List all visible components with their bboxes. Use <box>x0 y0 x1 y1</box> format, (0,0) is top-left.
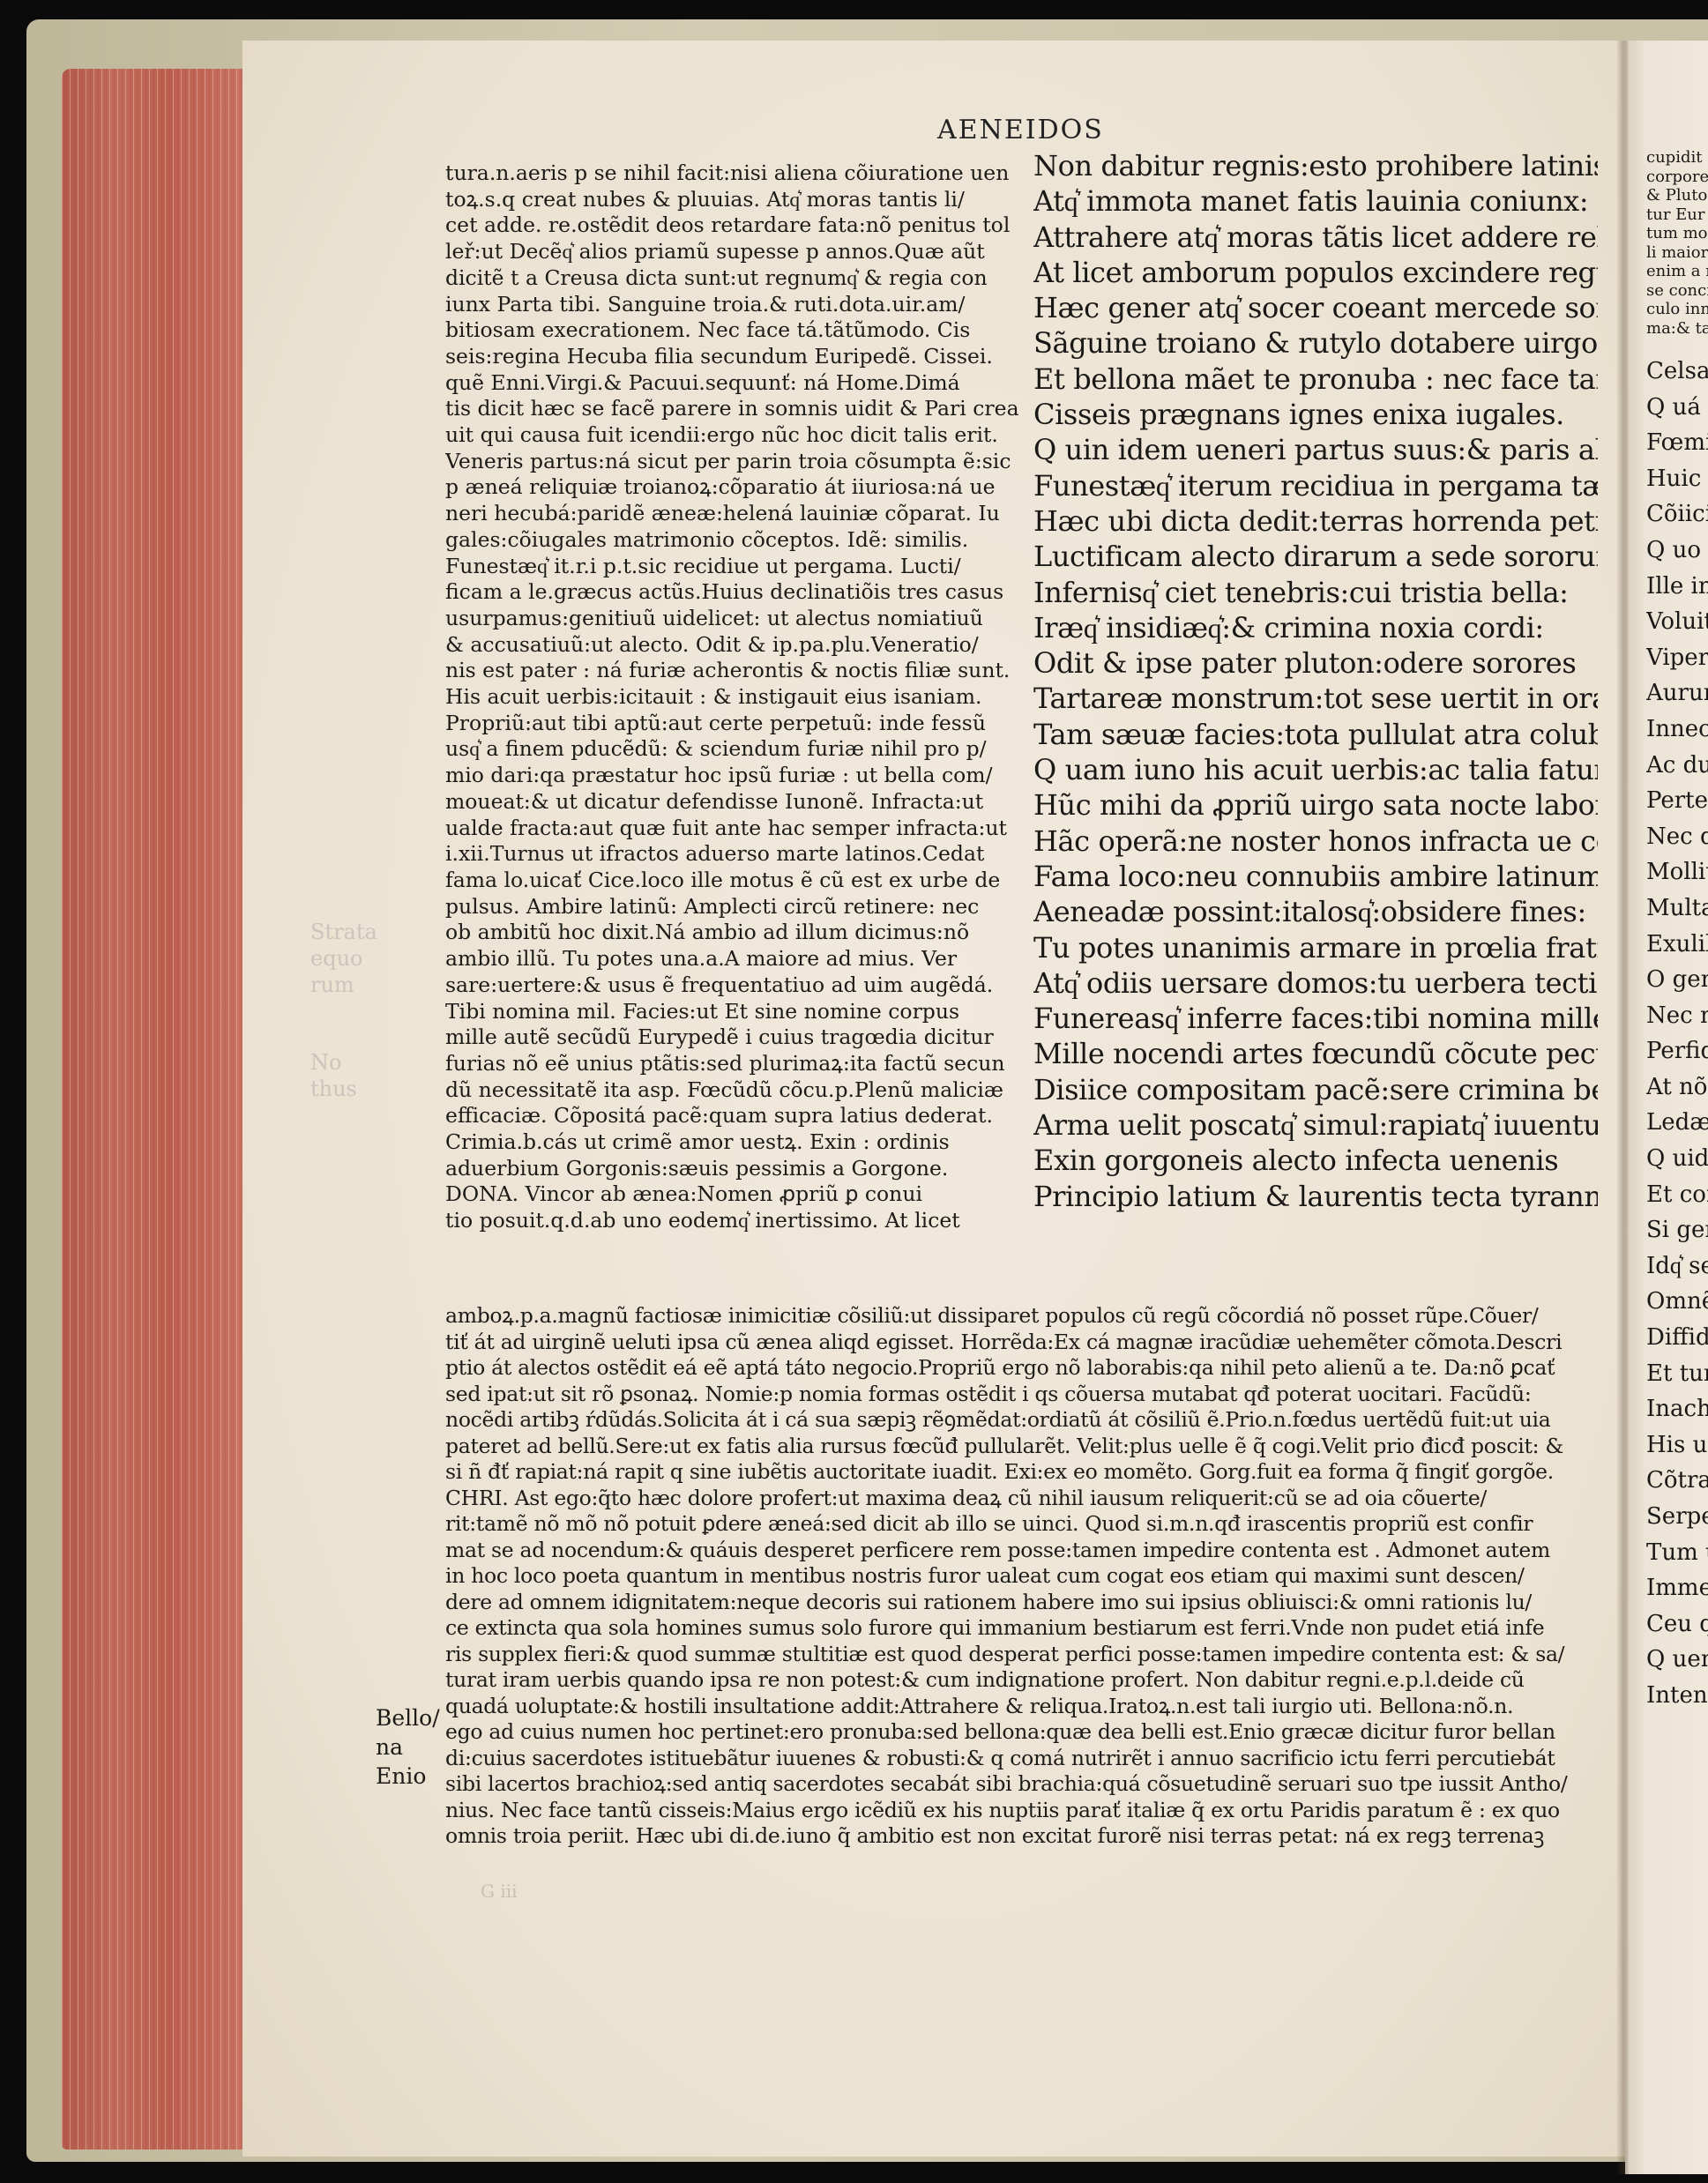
commentary-line: cet adde. re.ostẽdit deos retardare fata… <box>445 212 1027 239</box>
verse-line: Tam sæuæ facies:tota pullulat atra colub… <box>1033 717 1598 752</box>
verse-line: Q uam iuno his acuit uerbis:ac talia fat… <box>1033 752 1598 787</box>
facing-verse-line: Omnẽ e <box>1646 1284 1708 1320</box>
commentary-line: nius. Nec face tantũ cisseis:Maius ergo … <box>445 1798 1587 1824</box>
commentary-line: ob ambitũ hoc dixit.Ná ambio ad illum di… <box>445 920 1027 946</box>
commentary-line: moueat:& ut dicatur defendisse Iunonẽ. I… <box>445 789 1027 816</box>
verse-line: Hãc operã:ne noster honos infracta ue ce… <box>1033 823 1598 859</box>
facing-commentary-line: ma:& ta <box>1646 319 1708 339</box>
facing-verse-line: Nec ma <box>1646 998 1708 1034</box>
commentary-line: pulsus. Ambire latinũ: Amplecti circũ re… <box>445 894 1027 920</box>
facing-verse-line: Vipere <box>1646 640 1708 676</box>
commentary-line: si ñ đť rapiat:ná rapit q sine iubẽtis a… <box>445 1459 1587 1486</box>
verse-line: Iræq͛ insidiæq͛:& crimina noxia cordi: <box>1033 610 1598 645</box>
commentary-line: Veneris partus:ná sicut per parin troia … <box>445 449 1027 475</box>
facing-commentary-line: tum mo <box>1646 224 1708 243</box>
commentary-line: tio posuit.q.d.ab uno eodemq͛ inertissim… <box>445 1208 1027 1234</box>
facing-verse-line: Celsa p <box>1646 354 1708 390</box>
commentary-line: His acuit uerbis:icitauit : & instigauit… <box>445 684 1027 711</box>
commentary-line: in hoc loco poeta quantum in mentibus no… <box>445 1563 1587 1590</box>
commentary-line: usq͛ a finem pducẽdũ: & sciendum furiæ n… <box>445 736 1027 763</box>
commentary-line: nis est pater : ná furiæ acherontis & no… <box>445 658 1027 684</box>
facing-verse-line: Q uid t <box>1646 1141 1708 1177</box>
commentary-line: Propriũ:aut tibi aptũ:aut certe perpetuũ… <box>445 711 1027 737</box>
facing-verse: Celsa pQ uá fFœminHuic dCõiicitQ uo fIll… <box>1646 354 1708 1714</box>
facing-verse-line: Si gener <box>1646 1212 1708 1248</box>
verse-line: Tu potes unanimis armare in prœlia fratr… <box>1033 930 1598 965</box>
facing-verse-line: Et turno <box>1646 1356 1708 1392</box>
facing-commentary: cupiditcorpore& Plutotur Eurtum moli mai… <box>1646 148 1708 338</box>
facing-verse-line: Multa <box>1646 890 1708 927</box>
commentary-line: sibi lacertos brachioꝝ:sed antiq sacerdo… <box>445 1771 1587 1798</box>
facing-verse-line: Fœmin <box>1646 425 1708 461</box>
facing-verse-line: Cõiicit <box>1646 496 1708 533</box>
commentary-line: pateret ad bellũ.Sere:ut ex fatis alia r… <box>445 1434 1587 1460</box>
commentary-line: ficam a le.græcus actũs.Huius declinatiõ… <box>445 579 1027 606</box>
commentary-line: ualde fracta:aut quæ fuit ante hac sempe… <box>445 816 1027 842</box>
facing-verse-line: Q uo f <box>1646 533 1708 569</box>
gutter-shadow <box>1616 41 1629 2174</box>
commentary-line: rit:tamẽ nõ mõ nõ potuit ꝑdere æneá:sed … <box>445 1511 1587 1538</box>
verse-line: Non dabitur regnis:esto prohibere latini… <box>1033 148 1598 183</box>
facing-commentary-line: cupidit <box>1646 148 1708 168</box>
verse-line: Funestæq͛ iterum recidiua in pergama tæd… <box>1033 468 1598 503</box>
facing-verse-line: Innecti <box>1646 712 1708 748</box>
commentary-line: Tibi nomina mil. Facies:ut Et sine nomin… <box>445 999 1027 1025</box>
commentary-line: Crimia.b.cás ut crimẽ amor uestꝝ. Exin :… <box>445 1129 1027 1156</box>
commentary-line: di:cuius sacerdotes istituebãtur iuuenes… <box>445 1746 1587 1772</box>
commentary-line: tura.n.aeris p se nihil facit:nisi alien… <box>445 160 1027 187</box>
show-through-text: Nothus <box>310 1049 357 1102</box>
facing-commentary-line: culo inn <box>1646 300 1708 319</box>
facing-verse-line: Nec dũ <box>1646 819 1708 855</box>
commentary-line: p æneá reliquiæ troianoꝝ:cõparatio át ii… <box>445 474 1027 501</box>
facing-verse-line: O genit <box>1646 962 1708 998</box>
verse-line: Tartareæ monstrum:tot sese uertit in ora… <box>1033 681 1598 716</box>
commentary-line: uit qui causa fuit icendii:ergo nũc hoc … <box>445 422 1027 449</box>
facing-verse-line: Q uem <box>1646 1642 1708 1678</box>
commentary-line: CHRI. Ast ego:q̃to hæc dolore profert:ut… <box>445 1486 1587 1512</box>
commentary-line: DONA. Vincor ab ænea:Nomen ꝓpriũ ꝑ conui <box>445 1181 1027 1208</box>
commentary-line: efficaciæ. Cõpositá pacẽ:quam supra lati… <box>445 1103 1027 1129</box>
facing-verse-line: Tum uer <box>1646 1535 1708 1571</box>
verse-line: Fama loco:neu connubiis ambire latinum <box>1033 859 1598 894</box>
facing-verse-line: Intenti <box>1646 1678 1708 1714</box>
verse-line: Sãguine troiano & rutylo dotabere uirgo <box>1033 325 1598 361</box>
show-through-text: Strataequorum <box>310 919 377 998</box>
facing-verse-line: Ac dun <box>1646 748 1708 784</box>
facing-verse-line: Perten <box>1646 783 1708 819</box>
facing-verse-line: Ceu quo <box>1646 1606 1708 1643</box>
verse-line: Arma uelit poscatq͛ simul:rapiatq͛ iuuen… <box>1033 1107 1598 1143</box>
commentary-line: sed ipat:ut sit rõ ꝑsonaꝝ. Nomie:p nomia… <box>445 1382 1587 1408</box>
verse-line: Odit & ipse pater pluton:odere sorores <box>1033 645 1598 681</box>
commentary-line: mio dari:qa præstatur hoc ipsũ furiæ : u… <box>445 763 1027 789</box>
facing-verse-line: His ubi <box>1646 1427 1708 1464</box>
facing-verse-line: Idq͛ sede <box>1646 1248 1708 1285</box>
verse-line: Infernisq͛ ciet tenebris:cui tristia bel… <box>1033 575 1598 610</box>
facing-commentary-line: li maior <box>1646 243 1708 263</box>
commentary-line: fama lo.uicať Cice.loco ille motus ẽ cũ … <box>445 868 1027 894</box>
commentary-line: ris supplex fieri:& quod summæ stultitiæ… <box>445 1642 1587 1668</box>
commentary-line: aduerbium Gorgonis:sæuis pessimis a Gorg… <box>445 1156 1027 1182</box>
facing-verse-line: Voluitu <box>1646 604 1708 640</box>
facing-verse-line: Ille inte <box>1646 569 1708 605</box>
facing-verse-line: Ledæãq <box>1646 1105 1708 1141</box>
facing-verse-line: Molliu <box>1646 854 1708 890</box>
facing-verse-line: Aurum <box>1646 675 1708 712</box>
facing-commentary-line: se concit <box>1646 281 1708 301</box>
verse-line: Disiice compositam pacẽ:sere crimina bel… <box>1033 1072 1598 1107</box>
commentary-line: quadá uoluptate:& hostili insultatione a… <box>445 1694 1587 1720</box>
verse-line: Mille nocendi artes fœcundũ cõcute pectu… <box>1033 1036 1598 1071</box>
commentary-line: ptio át alectos ostẽdit eá eẽ aptá táto … <box>445 1355 1587 1382</box>
verse-line: Cisseis prægnans ignes enixa iugales. <box>1033 397 1598 432</box>
verse-line: Hæc gener atq͛ socer coeant mercede soro… <box>1033 290 1598 325</box>
commentary-line: iunx Parta tibi. Sanguine troia.& ruti.d… <box>445 292 1027 318</box>
commentary-line: leř:ut Decẽq͛ alios priamũ supesse p ann… <box>445 239 1027 265</box>
commentary-line: seis:regina Hecuba filia secundum Euripe… <box>445 344 1027 370</box>
facing-commentary-line: & Pluto <box>1646 186 1708 205</box>
running-head: AENEIDOS <box>937 115 1104 145</box>
facing-verse-line: Exulib <box>1646 927 1708 963</box>
commentary-line: Funestæq͛ it.r.i p.t.sic recidiue ut per… <box>445 554 1027 580</box>
commentary-line: sare:uertere:& usus ẽ frequentatiuo ad u… <box>445 972 1027 999</box>
verse-line: Aeneadæ possint:italosq͛:obsidere fines: <box>1033 894 1598 929</box>
commentary-line: turat iram uerbis quando ipsa re non pot… <box>445 1667 1587 1694</box>
verse-column: Non dabitur regnis:esto prohibere latini… <box>1033 148 1598 1214</box>
commentary-column: tura.n.aeris p se nihil facit:nisi alien… <box>445 160 1027 1234</box>
verse-line: Et bellona mãet te pronuba : nec face ta… <box>1033 361 1598 397</box>
verse-line: Q uin idem ueneri partus suus:& paris al… <box>1033 432 1598 467</box>
commentary-line: bitiosam execrationem. Nec face tá.tãtũm… <box>445 317 1027 344</box>
marginal-note: Bello/ na Enio <box>376 1703 440 1791</box>
commentary-line: mille autẽ secũdũ Eurypedẽ i cuius tragœ… <box>445 1024 1027 1051</box>
facing-verse-line: At nõ si <box>1646 1069 1708 1106</box>
verse-line: At licet amborum populos excindere regum… <box>1033 255 1598 290</box>
verse-line: Atq͛ odiis uersare domos:tu uerbera tect… <box>1033 965 1598 1001</box>
commentary-line: tiť át ad uirginẽ ueluti ipsa cũ ænea al… <box>445 1330 1587 1356</box>
commentary-full-width: amboꝝ.p.a.magnũ factiosæ inimicitiæ cõsi… <box>445 1303 1587 1850</box>
commentary-line: ambio illũ. Tu potes una.a.A maiore ad m… <box>445 946 1027 972</box>
commentary-line: usurpamus:genitiuũ uidelicet: ut alectus… <box>445 606 1027 632</box>
verse-line: Exin gorgoneis alecto infecta uenenis <box>1033 1143 1598 1178</box>
verse-line: Principio latium & laurentis tecta tyran… <box>1033 1179 1598 1214</box>
facing-verse-line: Immens <box>1646 1570 1708 1606</box>
facing-verse-line: Cõtra sta <box>1646 1463 1708 1499</box>
commentary-line: dere ad omnem idignitatem:neque decoris … <box>445 1590 1587 1616</box>
commentary-line: & accusatiuũ:ut alecto. Odit & ip.pa.plu… <box>445 632 1027 659</box>
facing-commentary-line: enim a r <box>1646 262 1708 281</box>
commentary-line: amboꝝ.p.a.magnũ factiosæ inimicitiæ cõsi… <box>445 1303 1587 1330</box>
facing-verse-line: Perfidu <box>1646 1033 1708 1069</box>
commentary-line: dũ necessitatẽ ita asp. Fœcũdũ cõcu.p.Pl… <box>445 1077 1027 1104</box>
verse-line: Atq͛ immota manet fatis lauinia coniunx: <box>1033 183 1598 219</box>
commentary-line: neri hecubá:paridẽ æneæ:helená lauiniæ c… <box>445 501 1027 527</box>
commentary-line: tis dicit hæc se facẽ parere in somnis u… <box>445 396 1027 422</box>
commentary-line: nocẽdi artibꝫ ŕdũdás.Solicita át i cá su… <box>445 1407 1587 1434</box>
verse-line: Attrahere atq͛ moras tãtis licet addere … <box>1033 220 1598 255</box>
commentary-line: omnis troia periit. Hæc ubi di.de.iuno q… <box>445 1823 1587 1850</box>
marginal-note-line: Bello/ <box>376 1703 440 1732</box>
facing-commentary-line: corpore <box>1646 168 1708 187</box>
commentary-line: ce extincta qua sola homines sumus solo … <box>445 1615 1587 1642</box>
commentary-line: quẽ Enni.Virgi.& Pacuui.sequunť: ná Home… <box>445 370 1027 397</box>
facing-commentary-line: tur Eur <box>1646 205 1708 225</box>
signature-mark: G iii <box>481 1881 518 1902</box>
marginal-note-line: Enio <box>376 1762 440 1791</box>
commentary-line: mat se ad nocendum:& quáuis desperet per… <box>445 1538 1587 1564</box>
commentary-line: toꝝ.s.q creat nubes & pluuias. Atq͛ mora… <box>445 187 1027 213</box>
facing-verse-line: Diffidet <box>1646 1320 1708 1356</box>
verse-line: Hũc mihi da ꝓpriũ uirgo sata nocte labor… <box>1033 787 1598 823</box>
commentary-line: dicitẽ t a Creusa dicta sunt:ut regnumq͛… <box>445 265 1027 292</box>
verse-line: Luctificam alecto dirarum a sede sororum… <box>1033 539 1598 574</box>
verse-line: Hæc ubi dicta dedit:terras horrenda peti… <box>1033 503 1598 539</box>
red-fore-edge <box>62 69 242 2149</box>
facing-verse-line: Et consa <box>1646 1177 1708 1213</box>
facing-verse-line: Inachus <box>1646 1391 1708 1427</box>
facing-verse-line: Serpent <box>1646 1499 1708 1535</box>
facing-verse-line: Huic d <box>1646 461 1708 497</box>
facing-page-text: cupiditcorpore& Plutotur Eurtum moli mai… <box>1646 148 1708 1714</box>
commentary-line: i.xii.Turnus ut ifractos aduerso marte l… <box>445 841 1027 868</box>
marginal-note-line: na <box>376 1732 440 1762</box>
facing-verse-line: Q uá f <box>1646 390 1708 426</box>
commentary-line: gales:cõiugales matrimonio cõceptos. Idẽ… <box>445 527 1027 554</box>
verse-line: Funereasq͛ inferre faces:tibi nomina mil… <box>1033 1001 1598 1036</box>
commentary-line: ego ad cuius numen hoc pertinet:ero pron… <box>445 1719 1587 1746</box>
commentary-line: furias nõ eẽ unius ptãtis:sed plurimaꝝ:i… <box>445 1051 1027 1077</box>
